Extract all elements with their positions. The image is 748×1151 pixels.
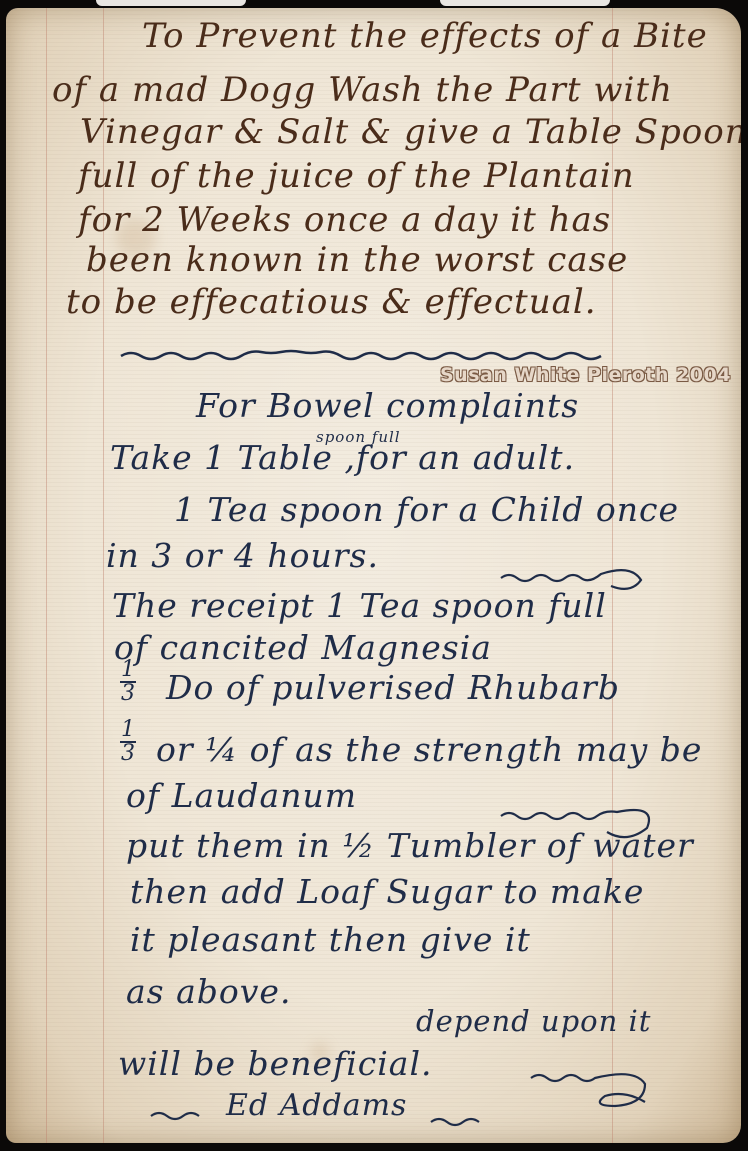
recipe-1-line: for 2 Weeks once a day it has [78, 200, 611, 240]
signature-flourish [146, 1098, 206, 1128]
top-tab-right [440, 0, 610, 6]
recipe-2-line: 1 Tea spoon for a Child once [174, 490, 679, 529]
recipe-2-line: Take 1 Table ,for an adult. [110, 438, 575, 477]
recipe-2-line: or ¼ of as the strength may be [156, 730, 702, 769]
recipe-1-line: full of the juice of the Plantain [78, 156, 635, 196]
recipe-2-line: as above. [126, 972, 291, 1011]
margin-fraction: 13 [120, 660, 136, 704]
manuscript-page: To Prevent the effects of a Bite of a ma… [6, 8, 741, 1143]
recipe-2-line: Do of pulverised Rhubarb [166, 668, 620, 707]
recipe-2-line: of cancited Magnesia [114, 628, 492, 667]
recipe-1-line: to be effecatious & effectual. [66, 282, 597, 322]
copyright-watermark: Susan White Pieroth 2004 [440, 364, 731, 386]
margin-rule-1 [46, 8, 47, 1143]
recipe-2-line: put them in ½ Tumbler of water [126, 826, 694, 865]
line-flourish [526, 1058, 726, 1118]
recipe-2-line: of Laudanum [126, 776, 357, 815]
margin-fraction: 13 [120, 720, 136, 764]
recipe-2-line: The receipt 1 Tea spoon full [112, 586, 607, 625]
recipe-1-line: been known in the worst case [86, 240, 628, 280]
recipe-2-line: then add Loaf Sugar to make [130, 872, 644, 911]
recipe-2-line: in 3 or 4 hours. [106, 536, 379, 575]
recipe-1-line: of a mad Dogg Wash the Part with [52, 70, 673, 110]
recipe-2-line: it pleasant then give it [130, 920, 531, 959]
recipe-2-line: will be beneficial. [118, 1044, 433, 1083]
recipe-2-title: For Bowel complaints [196, 386, 579, 425]
signature: Ed Addams [226, 1088, 407, 1123]
signature-flourish [426, 1108, 496, 1138]
top-edge [0, 0, 748, 8]
recipe-2-line: depend upon it [416, 1004, 651, 1038]
recipe-1-title: To Prevent the effects of a Bite [142, 16, 708, 56]
recipe-1-line: Vinegar & Salt & give a Table Spoon [80, 112, 741, 152]
top-tab-left [96, 0, 246, 6]
